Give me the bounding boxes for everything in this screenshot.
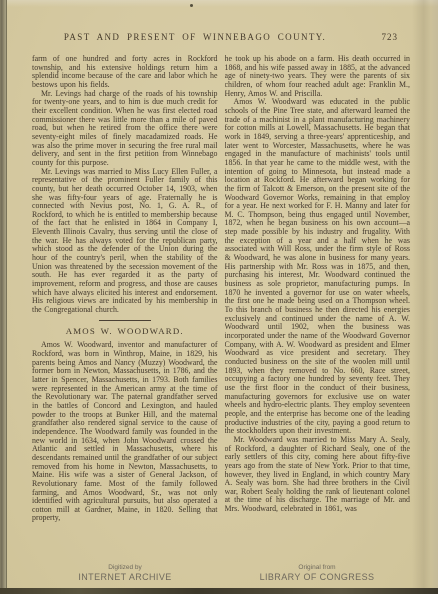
paragraph: he took up his abode on a farm. His deat… (225, 55, 411, 98)
digitized-by-stamp: Digitized by INTERNET ARCHIVE (30, 564, 220, 582)
digitized-by-label: Digitized by (30, 564, 220, 571)
running-header-title: PAST AND PRESENT OF WINNEBAGO COUNTY. (32, 32, 358, 42)
paragraph: Mr. Levings was married to Miss Lucy Ell… (32, 168, 218, 315)
original-from-stamp: Original from LIBRARY OF CONGRESS (222, 564, 412, 582)
section-divider (99, 320, 151, 321)
original-from-value: LIBRARY OF CONGRESS (222, 572, 412, 582)
left-column: farm of one hundred and forty acres in R… (32, 55, 218, 558)
paragraph: Mr. Woodward was married to Miss Mary A.… (225, 436, 411, 514)
section-heading: AMOS W. WOODWARD. (32, 327, 218, 336)
text-body: farm of one hundred and forty acres in R… (32, 55, 410, 558)
paragraph: Mr. Levings had charge of the roads of h… (32, 90, 218, 168)
scanned-book-page: PAST AND PRESENT OF WINNEBAGO COUNTY. 72… (0, 0, 438, 594)
paragraph: farm of one hundred and forty acres in R… (32, 55, 218, 90)
paragraph: Amos W. Woodward, inventor and manufactu… (32, 341, 218, 523)
right-column: he took up his abode on a farm. His deat… (225, 55, 411, 558)
scan-top-shade (0, 0, 438, 7)
paragraph: Amos W. Woodward was educated in the pub… (225, 98, 411, 436)
scan-speck (190, 4, 193, 7)
digitized-by-value: INTERNET ARCHIVE (30, 572, 220, 582)
page-edge-shade (412, 0, 438, 594)
original-from-label: Original from (222, 564, 412, 571)
page-number: 723 (382, 32, 399, 42)
running-header: PAST AND PRESENT OF WINNEBAGO COUNTY. 72… (32, 32, 410, 45)
book-gutter-edge (0, 0, 7, 594)
page-bottom-edge (0, 588, 438, 594)
